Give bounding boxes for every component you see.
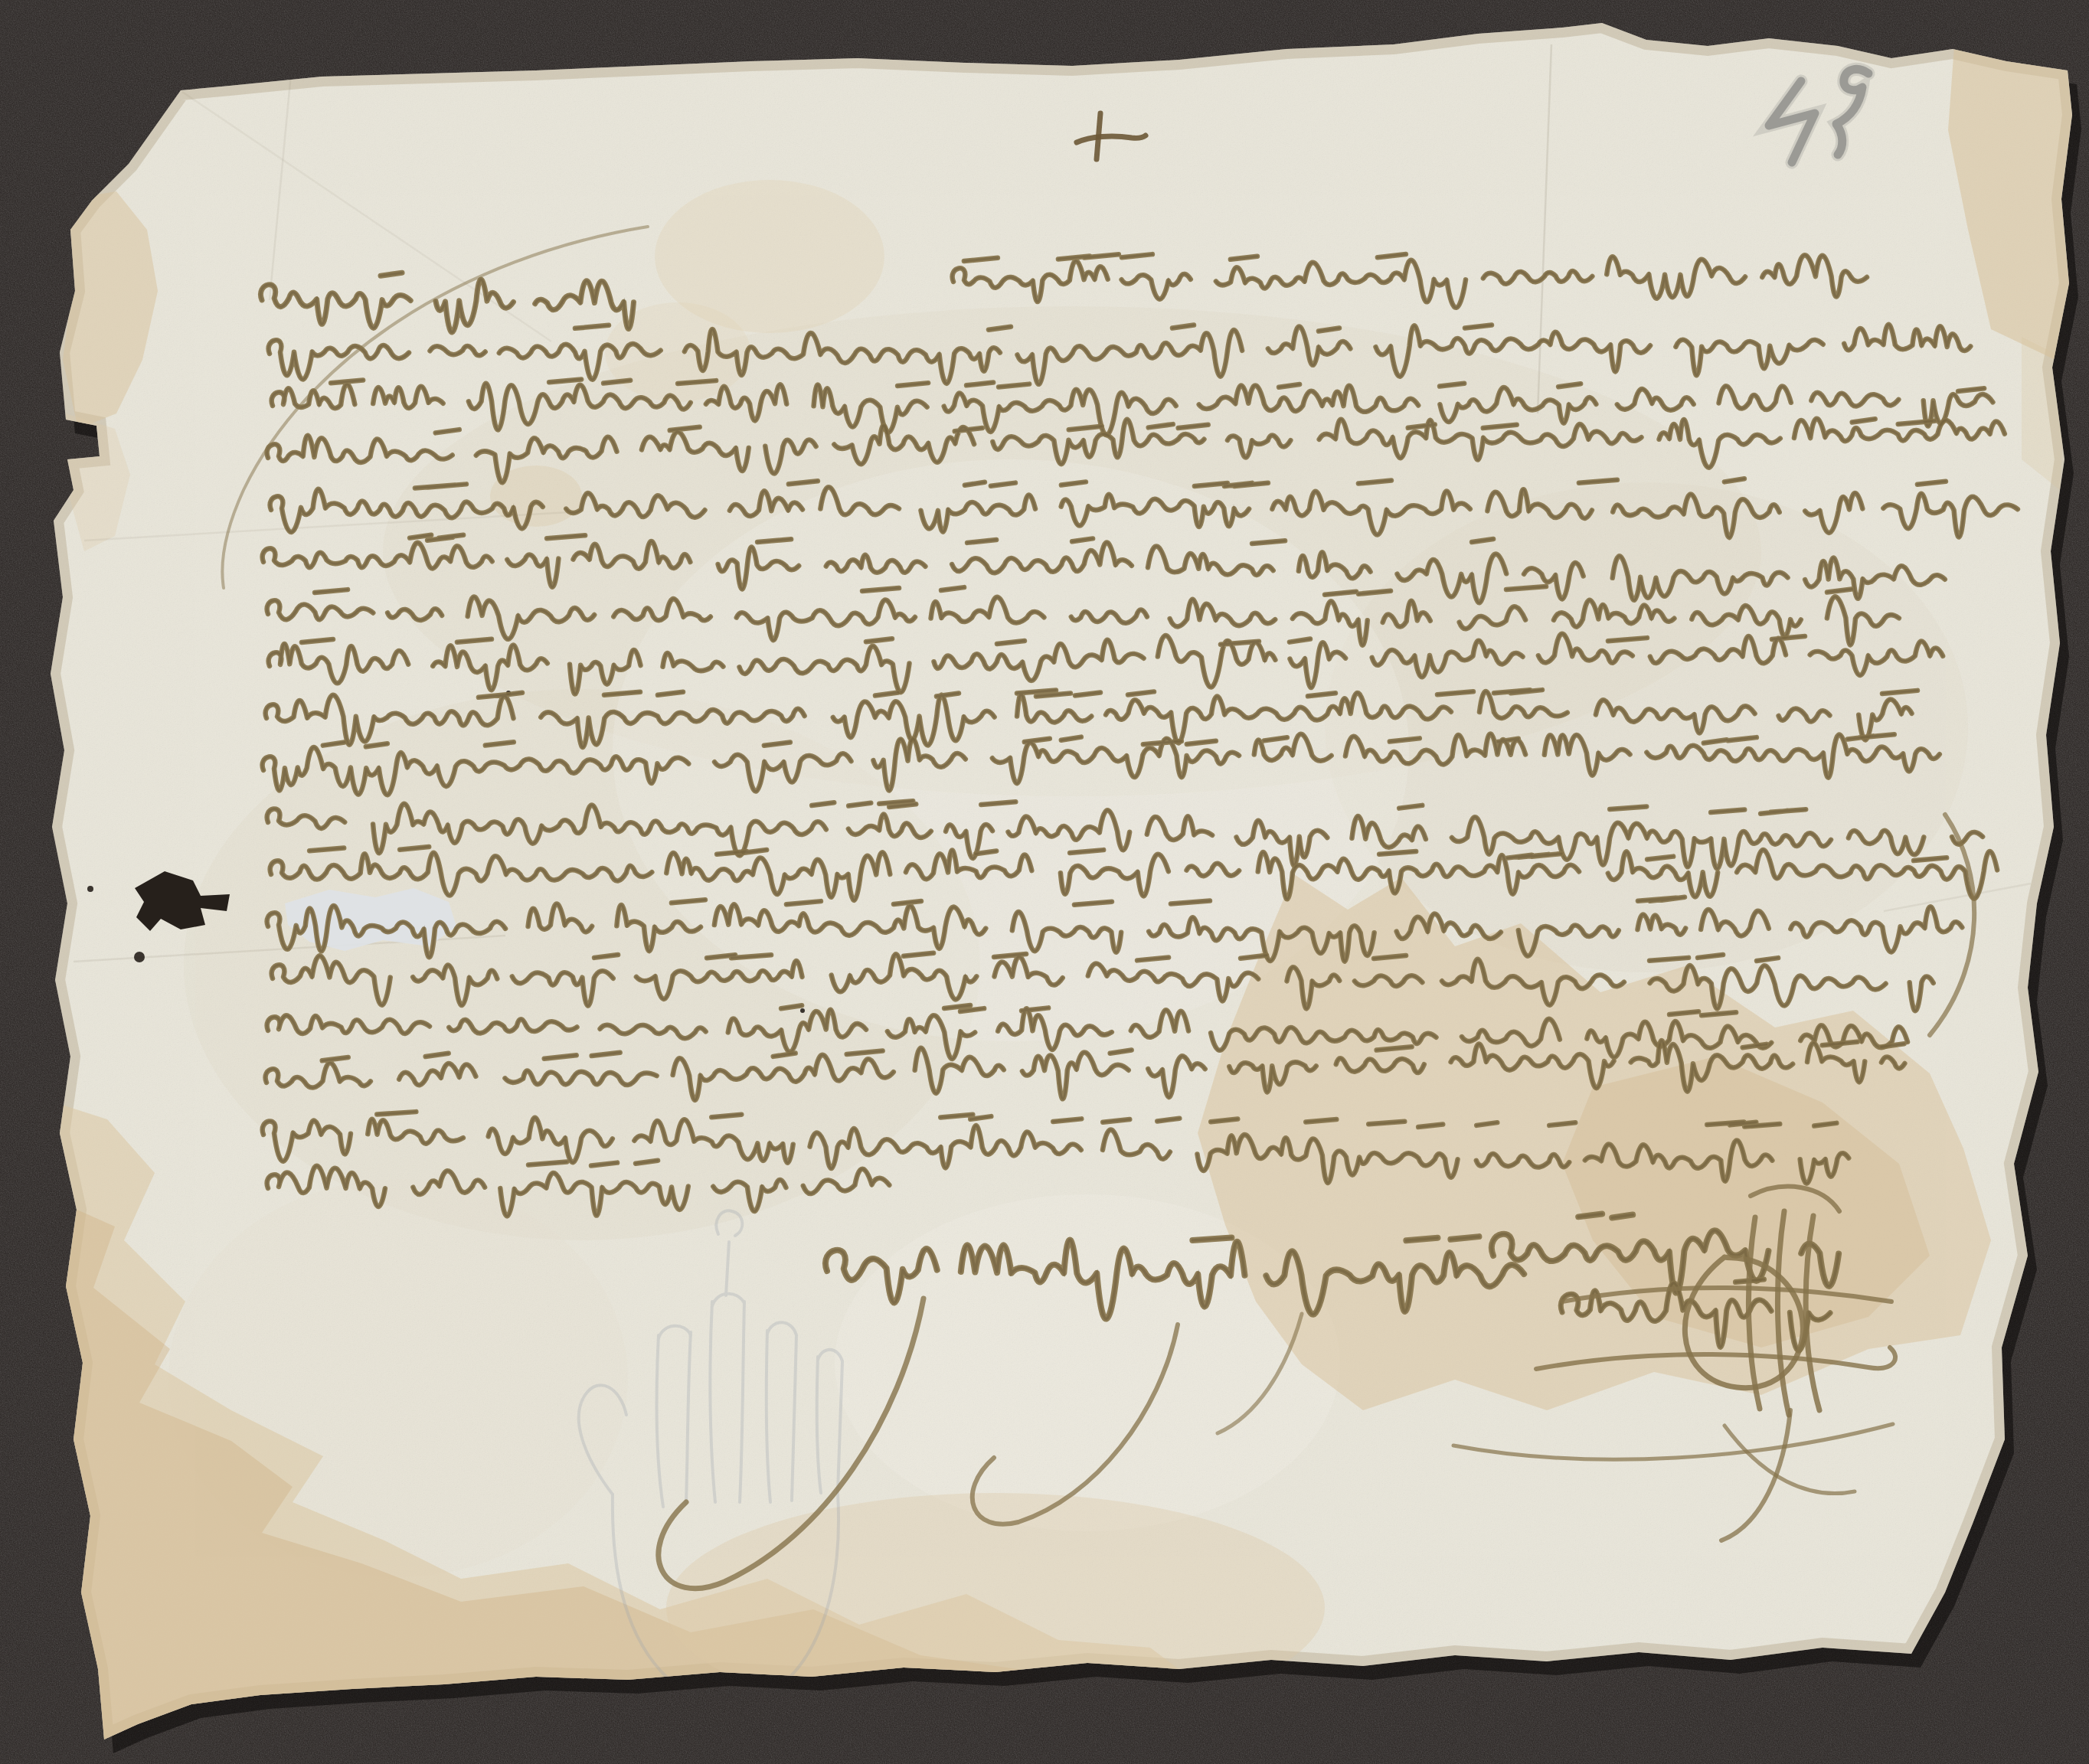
paper-repair-patch — [285, 888, 456, 951]
ink-speck — [87, 886, 93, 892]
ink-speck — [800, 1008, 805, 1013]
manuscript-scan: 45 + — [0, 0, 2089, 1764]
manuscript-svg — [0, 0, 2089, 1764]
paper-surface — [0, 0, 2089, 1764]
ink-speck — [134, 952, 145, 962]
